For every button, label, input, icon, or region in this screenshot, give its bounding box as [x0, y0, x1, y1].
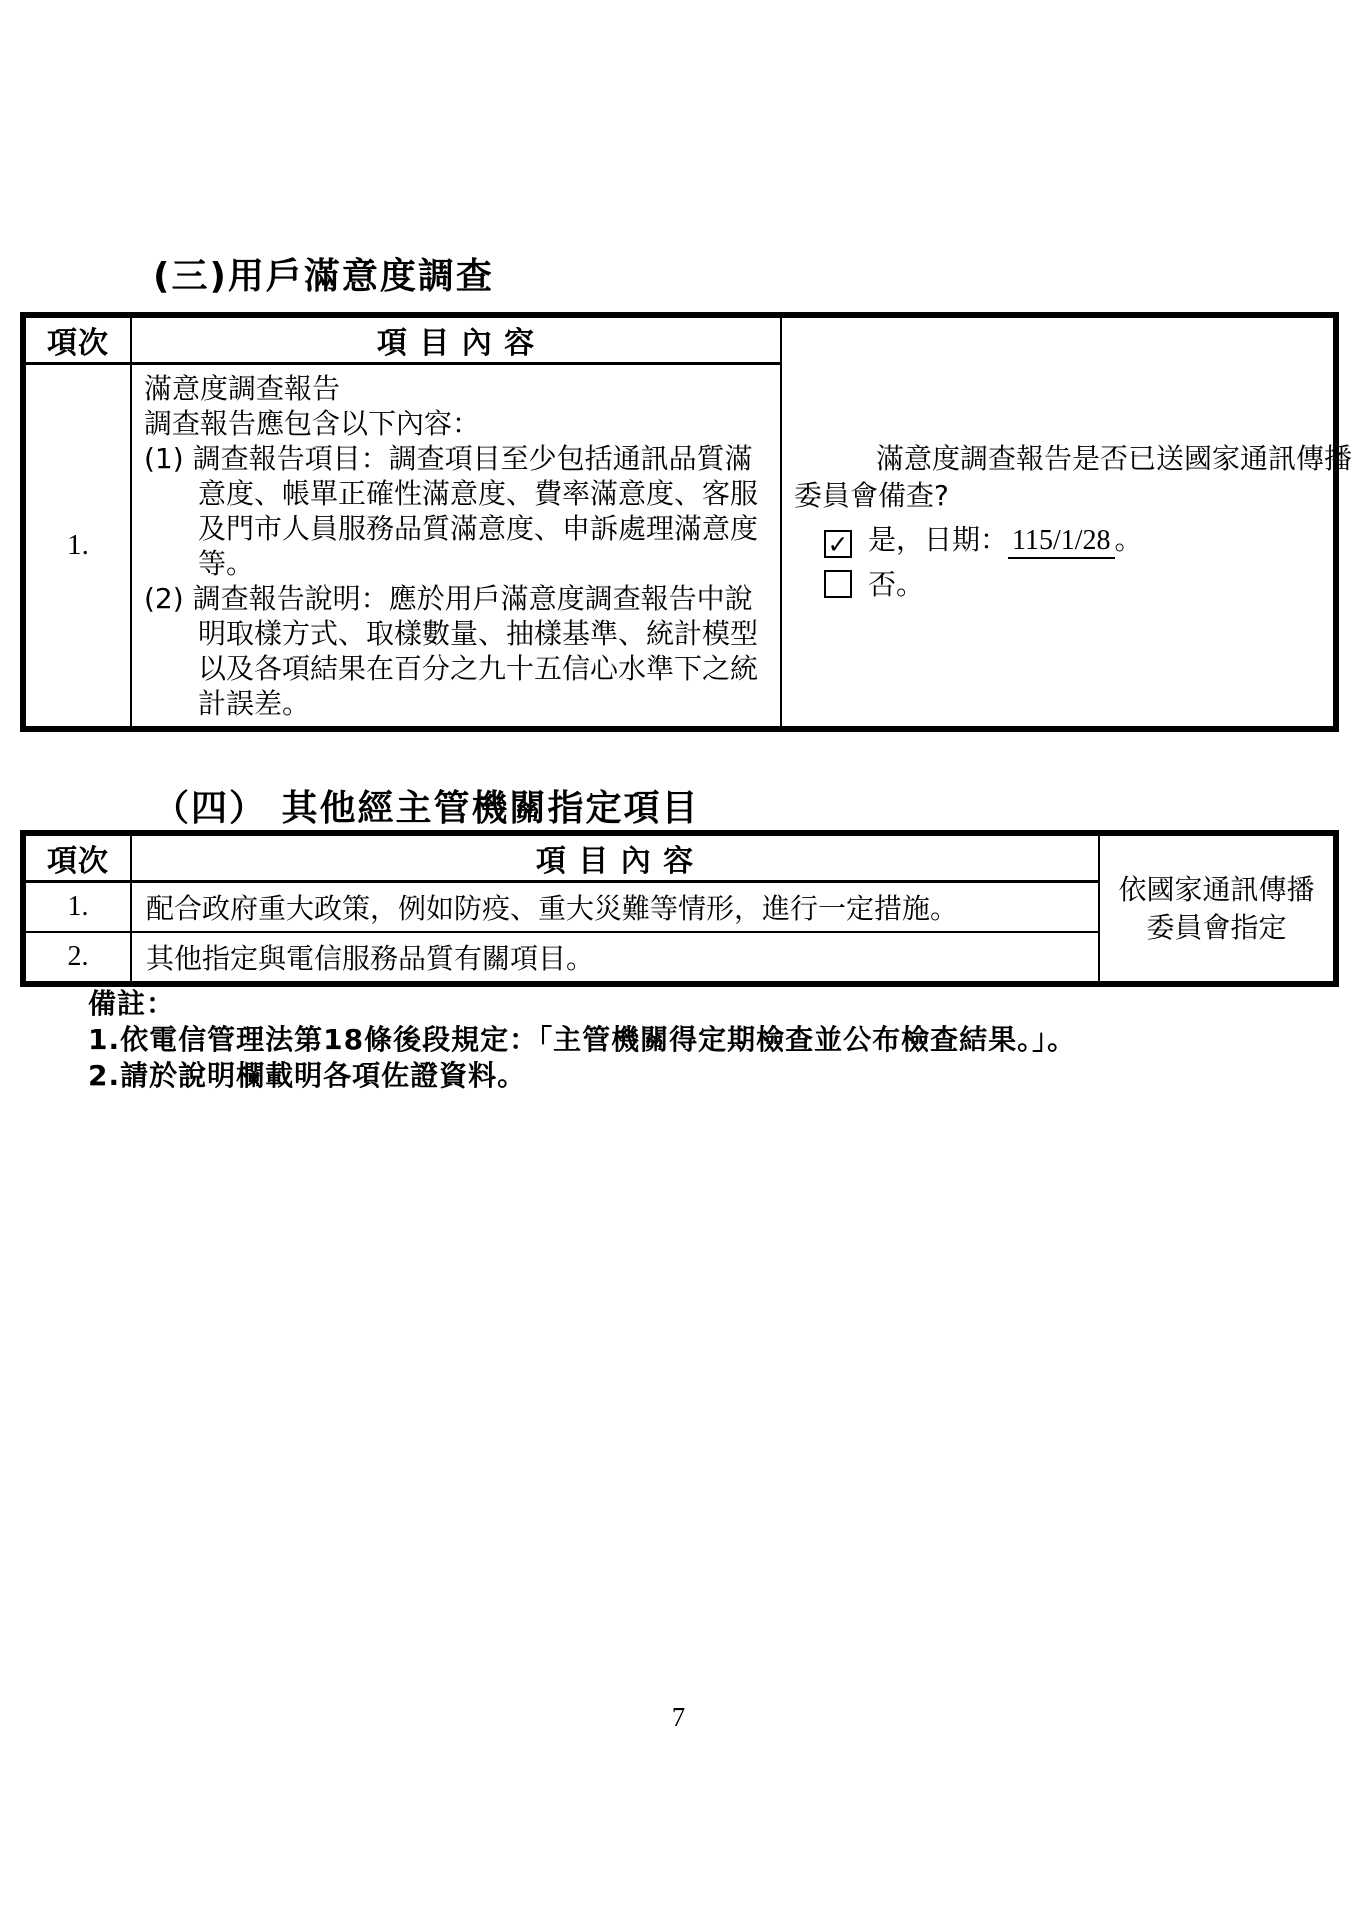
content-line: 等。 [144, 546, 768, 581]
designate-line1: 依國家通訊傳播 [1100, 871, 1333, 909]
row-content: 其他指定與電信服務品質有關項目。 [131, 932, 1099, 984]
yes-option-label: 是，日期： [868, 523, 1008, 556]
row-index: 1. [23, 364, 131, 729]
page-number: 7 [0, 1702, 1357, 1733]
notes-block: 備註： 1.依電信管理法第18條後段規定：「主管機關得定期檢查並公布檢查結果。」… [88, 986, 1076, 1094]
content-line: (2) 調查報告說明：應於用戶滿意度調查報告中說 [144, 581, 768, 616]
header-item-no: 項次 [23, 833, 131, 882]
table-header-row: 項次 項 目 內 容 依國家通訊傳播 委員會指定 [23, 833, 1336, 882]
yes-option-period: 。 [1115, 523, 1143, 556]
note-item: 1.依電信管理法第18條後段規定：「主管機關得定期檢查並公布檢查結果。」。 [88, 1022, 1076, 1058]
row-index: 2. [23, 932, 131, 984]
yes-option-row: ✓是，日期：115/1/28。 [794, 521, 1323, 559]
content-line: 以及各項結果在百分之九十五信心水準下之統 [144, 651, 768, 686]
section3-title: (三)用戶滿意度調查 [153, 248, 494, 299]
content-line: 調查報告應包含以下內容： [144, 406, 768, 441]
header-item-content: 項 目 內 容 [131, 315, 781, 364]
row-content-cell: 滿意度調查報告 調查報告應包含以下內容： (1) 調查報告項目：調查項目至少包括… [131, 364, 781, 729]
content-line: 意度、帳單正確性滿意度、費率滿意度、客服 [144, 476, 768, 511]
section4-title: （四） 其他經主管機關指定項目 [153, 780, 700, 831]
remark-question-line2: 委員會備查? [794, 477, 1323, 514]
designate-line2: 委員會指定 [1100, 909, 1333, 947]
content-line: 計誤差。 [144, 686, 768, 721]
checkbox-unchecked-icon [824, 570, 852, 598]
notes-label: 備註： [88, 986, 1076, 1022]
content-line: 明取樣方式、取樣數量、抽樣基準、統計模型 [144, 616, 768, 651]
checkbox-checked-icon: ✓ [824, 530, 852, 558]
other-designated-items-table: 項次 項 目 內 容 依國家通訊傳播 委員會指定 1. 配合政府重大政策，例如防… [20, 830, 1339, 987]
content-line: 滿意度調查報告 [144, 371, 768, 406]
document-page: (三)用戶滿意度調查 項次 項 目 內 容 滿意度調查報告是否已送國家通訊傳播 … [0, 0, 1357, 1920]
designate-cell: 依國家通訊傳播 委員會指定 [1099, 833, 1336, 984]
row-index: 1. [23, 882, 131, 933]
remark-question-line1: 滿意度調查報告是否已送國家通訊傳播 [794, 440, 1323, 477]
report-date-value: 115/1/28 [1008, 525, 1115, 559]
row-content: 配合政府重大政策，例如防疫、重大災難等情形，進行一定措施。 [131, 882, 1099, 933]
header-item-content: 項 目 內 容 [131, 833, 1099, 882]
content-line: (1) 調查報告項目：調查項目至少包括通訊品質滿 [144, 441, 768, 476]
content-line: 及門市人員服務品質滿意度、申訴處理滿意度 [144, 511, 768, 546]
satisfaction-survey-table: 項次 項 目 內 容 滿意度調查報告是否已送國家通訊傳播 委員會備查? ✓是，日… [20, 312, 1339, 732]
table-header-row: 項次 項 目 內 容 滿意度調查報告是否已送國家通訊傳播 委員會備查? ✓是，日… [23, 315, 1336, 364]
no-option-row: 否。 [794, 566, 1323, 603]
no-option-label: 否。 [868, 568, 924, 601]
header-item-no: 項次 [23, 315, 131, 364]
note-item: 2.請於說明欄載明各項佐證資料。 [88, 1058, 1076, 1094]
remark-cell: 滿意度調查報告是否已送國家通訊傳播 委員會備查? ✓是，日期：115/1/28。… [781, 315, 1336, 729]
